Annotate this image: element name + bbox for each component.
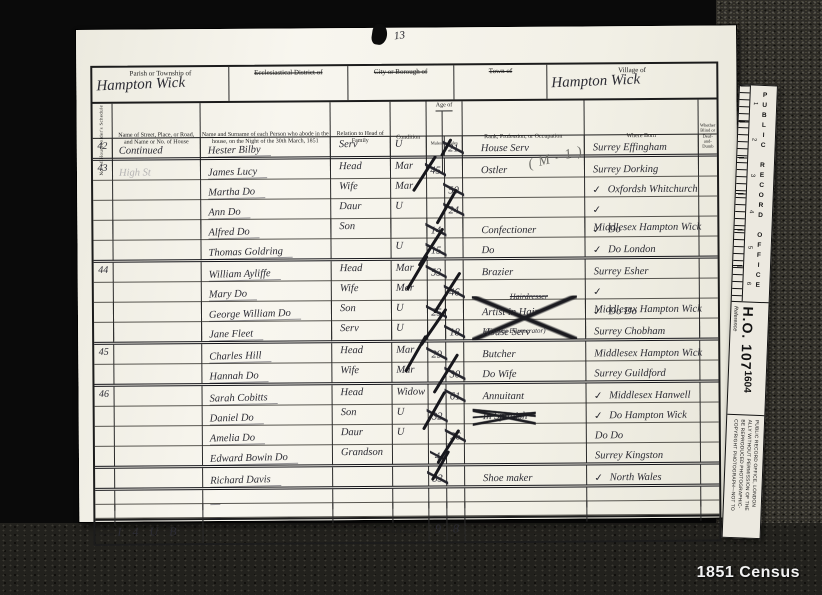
age-female-cell [447,502,465,522]
occupation-text: Confectioner [481,225,536,236]
age-female-cell [445,238,463,258]
relation-cell [333,503,393,523]
occupation-text: Ostler [481,165,507,176]
schedule-number [95,407,115,427]
check-mark: ✓ [591,184,603,197]
total-houses-label: Total of Houses [95,527,117,538]
relation-cell: Daur [333,425,393,445]
occupation-text: Brazier [482,267,514,278]
check-mark: ✓ [591,204,603,217]
check-mark: ✓ [593,390,605,403]
name-cell: Hester Bilby [201,137,331,158]
where-born-text: Surrey Esher [594,266,649,277]
blind-cell [701,423,719,443]
census-form: Parish or Township of Hampton Wick Eccle… [90,62,721,546]
name-cell: William Ayliffe [202,261,332,282]
age-female-cell [445,218,463,238]
occupation-cell: Annuitant [464,383,586,404]
name-cell: Richard Davis [203,467,333,488]
street-cell [113,240,201,261]
where-born-text: North Wales [610,472,662,483]
blind-cell [701,465,719,485]
where-born-text: Surrey Effingham [593,142,667,154]
reference-section: Reference H.O. 107 1604 [727,302,768,416]
blind-cell [699,217,717,237]
blind-cell [700,259,718,279]
check-mark: ✓ [593,472,605,485]
city-label: City or Borough of [374,68,428,76]
relation-cell: Grandson [333,445,393,465]
check-mark: ✓ [592,286,604,299]
name-cell: Alfred Do [201,219,331,240]
where-born-text: Surrey Dorking [593,164,658,175]
where-born-text: Middlesex Hanwell [609,390,690,402]
copyright-section: COPYRIGHT PHOTOGRAPH—NOT TOBE REPRODUCED… [723,415,765,538]
occupation-cell [465,423,587,444]
where-born-text: Middlesex Hampton Wick [594,348,702,360]
check-mark: ✓ [591,224,603,237]
schedule-number [94,365,114,385]
occupation-text: Do Wife [482,369,516,380]
where-born-text: Do [608,224,621,235]
street-cell: High St [113,160,201,181]
where-born-cell: Surrey Guildford [586,361,700,382]
blind-cell [700,361,718,381]
street-cell [114,364,202,385]
schedule-number [95,469,115,489]
village-cell: Village of Hampton Wick [548,64,717,99]
schedule-number: 43 [93,161,113,181]
name-cell: Sarah Cobitts [202,385,332,406]
relation-cell [333,467,393,487]
blind-cell [700,341,718,361]
street-cell [115,504,203,525]
blind-cell [700,319,718,339]
where-born-text: Do Hampton Wick [609,410,687,422]
relation-cell [331,239,391,259]
where-born-cell: Surrey Effingham [585,135,699,156]
ecclesiastical-cell: Ecclesiastical District of [230,66,349,101]
age-female-cell [447,444,465,464]
ecclesiastical-label: Ecclesiastical District of [254,68,322,76]
occupation-text: House Serv [481,143,529,154]
street-cell [114,262,202,283]
street-cell: Continued [113,138,201,159]
blind-cell [699,237,717,257]
where-born-text: Do Do [608,306,636,317]
schedule-number: 42 [93,139,113,159]
name-cell: Hannah Do [202,363,332,384]
where-born-text: Oxfordsh Whitchurch [608,184,698,196]
name-cell: Thomas Goldring [201,239,331,260]
street-cell [113,180,201,201]
occupation-cell: House Serv [464,319,586,340]
occupation-cell: Butcher [464,341,586,362]
schedule-number [95,427,115,447]
where-born-cell: Middlesex Hampton Wick [586,341,700,362]
occupation-cell [465,443,587,464]
where-born-text: Do Do [595,430,623,441]
schedule-number: 46 [94,387,114,407]
age-female-cell [447,466,465,486]
table-row [95,501,719,519]
where-born-text: Surrey Kingston [595,450,663,461]
occupation-cell [463,177,585,198]
schedule-number: 45 [94,345,114,365]
relation-cell: Serv [331,137,391,157]
total-houses-entry: I 4 U B [117,524,180,539]
reference-label: Reference [732,306,739,332]
blind-cell [700,383,718,403]
occupation-correction: Hairdresser [510,292,548,301]
age-female-cell [447,404,465,424]
street-cell [115,468,203,489]
where-born-cell: ✓ Oxfordsh Whitchurch [585,177,699,198]
condition-cell [391,219,427,239]
name-cell: Amelia Do [203,425,333,446]
check-mark: ✓ [593,410,605,423]
schedule-number [95,447,115,467]
where-born-cell: ✓ Do Hampton Wick [587,403,701,424]
check-mark: ✓ [592,244,604,257]
where-born-cell: ✓ Do [585,217,699,238]
where-born-cell [587,501,701,522]
name-cell: James Lucy [201,159,331,180]
where-born-text: Surrey Guildford [594,368,665,379]
occupation-cell: Ostler ( M - 1 ) [463,157,585,178]
schedule-number [94,323,114,343]
page-number: 13 [393,29,405,42]
age-male-cell: 29 [428,342,446,362]
schedule-number: 44 [94,263,114,283]
blind-cell [701,403,719,423]
where-born-cell: ✓ Do London [585,237,699,258]
name-cell: Martha Do [201,179,331,200]
village-value: Hampton Wick [552,72,641,93]
name-cell: Charles Hill [202,343,332,364]
age-male-cell: 53 [428,260,446,280]
where-born-cell: Surrey Kingston [587,443,701,464]
where-born-cell: ✓ Middlesex Hanwell [586,383,700,404]
caption: 1851 Census [697,564,800,582]
age-male-cell [429,502,447,522]
condition-cell [393,467,429,487]
where-born-text: Surrey Chobham [594,326,665,337]
schedule-number [93,221,113,241]
relation-cell: Wife [331,179,391,199]
street-cell [114,386,202,407]
occupation-text: Shoe maker [483,473,532,484]
occupation-cell: In Spanish [465,403,587,424]
schedule-number [93,241,113,261]
where-born-cell: Do Do [587,423,701,444]
reference-code: H.O. 107 [738,306,756,371]
where-born-text: Do London [608,244,656,255]
city-cell: City or Borough of [348,65,454,100]
town-cell: Town of [454,65,548,100]
occupation-text: Annuitant [483,391,524,402]
check-mark: ✓ [592,306,604,319]
occupation-cell: Shoe maker [465,465,587,486]
condition-cell [393,445,429,465]
blind-cell [701,501,719,521]
where-born-cell: Surrey Chobham [586,319,700,340]
occupation-text: Artist in Hair [482,307,539,318]
occupation-text: Do [482,245,495,256]
age-female-cell: 61 [446,384,464,404]
street-cell [115,446,203,467]
condition-cell: Mar [391,179,427,199]
relation-cell: Son [331,219,391,239]
street-cell [114,344,202,365]
occupation-text: Butcher [482,349,515,360]
relation-cell: Head [332,385,392,405]
relation-cell: Head [332,343,392,363]
occupation-text: In Spanish [483,411,528,422]
census-rows: 42 Continued Hester Bilby Serv U 21 Hous… [93,135,720,519]
street-cell [114,322,202,343]
relation-cell: Head [332,261,392,281]
where-born-cell: Surrey Dorking [585,157,699,178]
piece-number: 1604 [741,370,753,393]
blind-cell [699,135,717,155]
name-cell: Jane Fleet [202,321,332,342]
relation-cell: Serv [332,321,392,341]
relation-cell: Son [333,405,393,425]
parish-cell: Parish or Township of Hampton Wick [92,67,229,102]
ink-blot [371,23,389,46]
where-born-cell: Surrey Esher [586,259,700,280]
name-cell [203,503,333,524]
occupation-cell: Do Wife [464,361,586,382]
occupation-text: House Serv [482,327,530,338]
condition-cell: Mar [392,363,428,383]
age-female-cell: 18 [446,320,464,340]
occupation-cell: Brazier [464,259,586,280]
town-label: Town of [489,67,512,75]
age-female-cell [445,158,463,178]
street-cell [115,426,203,447]
form-header: Parish or Township of Hampton Wick Eccle… [92,64,716,104]
occupation-cell: Do [463,237,585,258]
blind-cell [701,443,719,463]
ruler-section: 123456 PUBLIC RECORD OFFICE [732,85,777,303]
schedule-number [95,505,115,525]
schedule-number [93,181,113,201]
name-cell: Daniel Do [203,405,333,426]
table-header: No. of Householder's Schedule Name of St… [93,100,717,139]
condition-cell: U [391,137,427,157]
census-page: 13 Parish or Township of Hampton Wick Ec… [76,25,739,522]
relation-cell: Head [331,159,391,179]
condition-cell: U [393,405,429,425]
blind-cell [699,157,717,177]
condition-cell [393,503,429,523]
where-born-cell: ✓ North Wales [587,465,701,486]
street-cell [115,406,203,427]
occupation-cell [465,501,587,522]
condition-cell: Widow [392,385,428,405]
parish-value: Hampton Wick [96,75,185,96]
name-cell: Edward Bowin Do [203,445,333,466]
street-cell [113,220,201,241]
scan-canvas: 13 Parish or Township of Hampton Wick Ec… [0,0,822,595]
relation-cell: Wife [332,363,392,383]
blind-cell [699,177,717,197]
occupation-cell: Confectioner [463,217,585,238]
